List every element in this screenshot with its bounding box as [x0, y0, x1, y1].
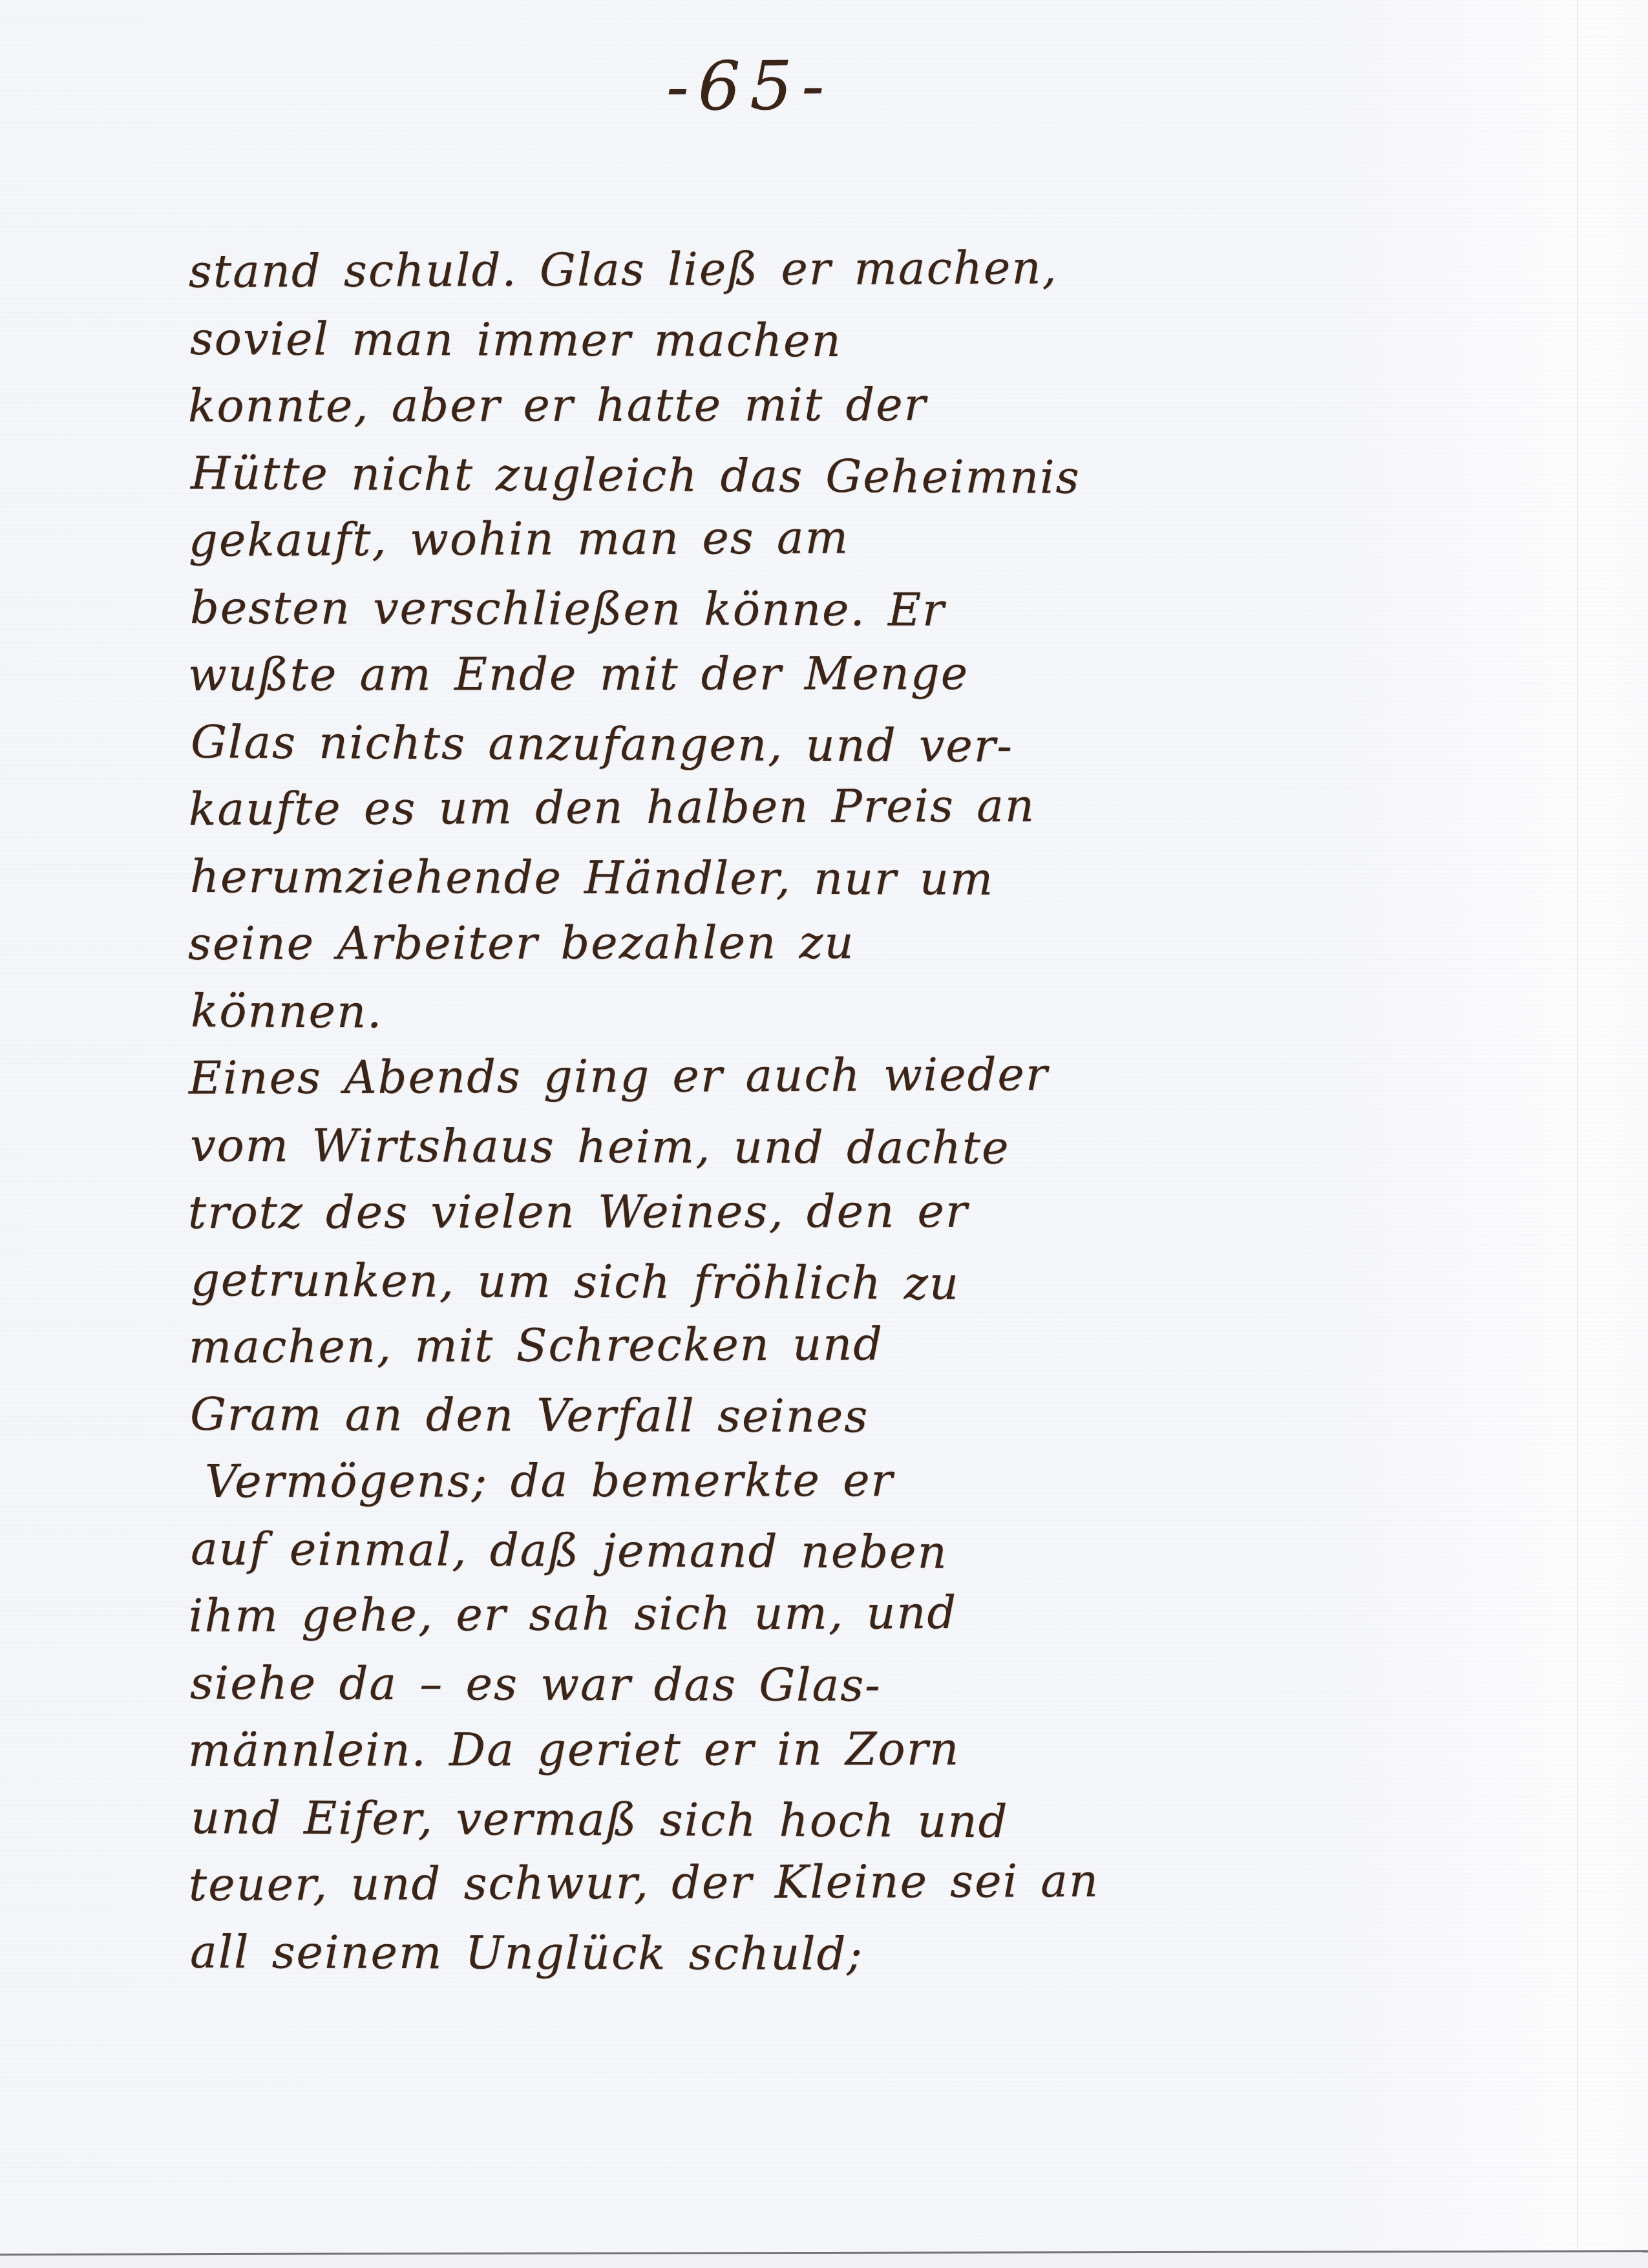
manuscript-line: herumziehende Händler, nur um [190, 843, 1418, 914]
manuscript-line: wußte am Ende mit der Menge [188, 639, 1416, 708]
scan-bottom-edge [0, 2250, 1648, 2268]
manuscript-line: teuer, und schwur, der Kleine sei an [189, 1846, 1417, 1918]
manuscript-line: gekauft, wohin man es am [189, 502, 1417, 574]
manuscript-line: konnte, aber er hatte mit der [188, 370, 1416, 440]
manuscript-line: Eines Abends ging er auch wieder [189, 1039, 1417, 1112]
manuscript-line: soviel man immer machen [190, 305, 1418, 376]
manuscript-line: stand schuld. Glas ließ er machen, [189, 233, 1417, 305]
page-number: -65- [620, 46, 880, 127]
manuscript-line: machen, mit Schrecken und [189, 1308, 1417, 1381]
scan-texture-seam [1577, 0, 1578, 2249]
manuscript-line: Gram an den Verfall seines [190, 1381, 1418, 1452]
handwritten-text-block: stand schuld. Glas ließ er machen, sovie… [189, 238, 1417, 1986]
manuscript-line: männlein. Da geriet er in Zorn [188, 1715, 1416, 1784]
manuscript-line: siehe da – es war das Glas- [190, 1649, 1418, 1721]
manuscript-line: kaufte es um den halben Preis an [189, 770, 1417, 843]
manuscript-line: all seinem Unglück schuld; [190, 1918, 1418, 1989]
manuscript-line: Vermögens; da bemerkte er [188, 1446, 1416, 1515]
manuscript-line: trotz des vielen Weines, den er [188, 1177, 1416, 1246]
manuscript-line: ihm gehe, er sah sich um, und [189, 1577, 1417, 1649]
manuscript-line: seine Arbeiter bezahlen zu [188, 908, 1416, 977]
manuscript-line: besten verschließen könne. Er [190, 574, 1418, 645]
manuscript-line: vom Wirtshaus heim, und dachte [190, 1112, 1418, 1183]
